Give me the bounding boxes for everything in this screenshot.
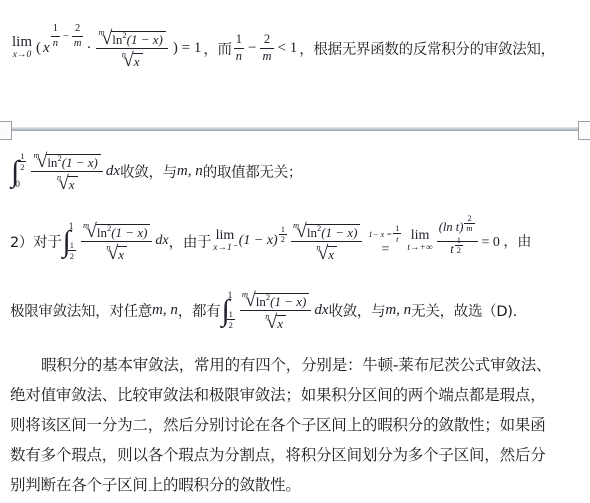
root-index-n: n <box>265 312 269 321</box>
condition-fraction-1n: 1 n <box>234 33 244 62</box>
ln-operator: ln <box>307 226 317 240</box>
radicand: ln2(1 − x) <box>111 31 166 47</box>
root-index-m: m <box>33 151 39 160</box>
limit-word: lim <box>12 35 32 50</box>
fraction-denominator: n √ x <box>55 173 80 192</box>
substitution-annotation: 1− x = 1 t <box>368 224 402 243</box>
dx-differential: dx <box>155 233 168 249</box>
fraction-bar <box>240 310 311 311</box>
root-index-n: n <box>57 173 61 182</box>
limit-subscript: x→0 <box>13 51 31 61</box>
ln-exponent: 2 <box>107 224 111 233</box>
root-index-m: m <box>83 221 89 230</box>
radicand-x: x <box>276 315 286 331</box>
exponent-1-over-2: 1 2 <box>455 236 463 255</box>
variables-m-n: m, n <box>152 302 178 319</box>
lower-bound-zero: 0 <box>15 180 20 190</box>
fraction-bar <box>96 48 167 49</box>
line4-prefix-text: 极限审敛法知，对任意 <box>10 300 152 321</box>
formula-line-1: lim x→0 ( x 1 n − 2 m · m √ <box>0 4 590 92</box>
ln-exponent: 2 <box>57 154 61 163</box>
minus-sign: − <box>63 31 69 42</box>
paragraph-line: 绝对值审敛法、比较审敛法和极限审敛法；如果积分区间的两个端点都是瑕点， <box>10 380 580 410</box>
page-break-left-box <box>0 121 12 140</box>
root-index-m: m <box>242 290 248 299</box>
ln-operator: ln <box>256 295 266 309</box>
line4-converges-text: 收敛，与 <box>329 300 386 321</box>
big-fraction-slot: m √ ln2(1 − x) n √ x <box>78 221 155 262</box>
formula-line-3: 2）对于 ∫ 1 1 2 m √ ln2(1 − x) <box>0 200 590 282</box>
fraction-numerator: m √ ln2(1 − x) <box>31 151 102 170</box>
radicand: ln2(1 − x) <box>306 224 361 240</box>
integral-half-to-1: ∫ 1 1 2 <box>63 222 77 260</box>
equals-with-substitution: 1− x = 1 t = <box>368 224 402 258</box>
big-fraction-root-ratio: m √ ln2(1 − x) n √ x <box>291 221 362 262</box>
nth-root: n √ x <box>57 173 78 192</box>
page-break-right-box <box>578 121 590 140</box>
upper-bound-one: 1 <box>69 222 74 232</box>
root-index-m: m <box>98 28 104 37</box>
formula-line-2: ∫ 1 2 0 m √ ln2(1 − x) <box>0 142 590 200</box>
formula-line-4: 极限审敛法知，对任意 m, n ，都有 ∫ 1 1 2 m √ <box>0 282 590 338</box>
upper-bound-half: 1 2 <box>17 152 27 171</box>
lnt-over-sqrt-t-fraction: (ln t) 2 m t 1 2 <box>437 221 478 262</box>
big-fraction-slot: m √ ln2(1 − x) n √ x <box>288 221 365 262</box>
open-paren: ( <box>36 40 41 57</box>
fraction-numerator: m √ ln2(1 − x) <box>240 290 311 309</box>
ln-argument: (1 − x) <box>321 226 357 240</box>
limit-operator: lim x→1⁻ <box>213 229 236 254</box>
fraction-bar <box>81 241 152 242</box>
radicand-x: x <box>117 246 127 262</box>
explanation-paragraph: 暇积分的基本审敛法，常用的有四个，分别是：牛顿-莱布尼茨公式审敛法、 绝对值审敛… <box>0 350 590 500</box>
fraction-numerator: m √ ln2(1 − x) <box>291 221 362 240</box>
line3-because-text: ，由于 <box>169 231 212 252</box>
ln-exponent: 2 <box>122 31 126 40</box>
ln-argument: (1 − x) <box>111 226 147 240</box>
fraction-bar <box>291 241 362 242</box>
exponent-2-over-m: 2 m <box>464 214 474 233</box>
one-minus-x-base: (1 − x) <box>239 233 278 249</box>
multiplication-dot: · <box>86 40 91 57</box>
integral-half-to-1: ∫ 1 1 2 <box>221 291 235 329</box>
ln-operator: ln <box>112 33 122 47</box>
radicand: ln2(1 − x) <box>46 154 101 170</box>
big-fraction-slot: m √ ln2(1 − x) n √ x <box>93 28 170 69</box>
paragraph-line: 暇积分的基本审敛法，常用的有四个，分别是：牛顿-莱布尼茨公式审敛法、 <box>10 350 580 380</box>
fraction-bar <box>31 171 102 172</box>
big-fraction-root-ratio: m √ ln2(1 − x) n √ x <box>96 28 167 69</box>
exponent-fraction-1n: 1 n <box>51 23 60 48</box>
exponent-fraction-2m: 2 m <box>72 23 84 48</box>
ln-exponent: 2 <box>266 293 270 302</box>
big-fraction-slot: m √ ln2(1 − x) n √ x <box>237 290 314 331</box>
line4-answer-text: 无关，故选（D). <box>411 300 517 321</box>
line4-duyou-text: ，都有 <box>178 300 221 321</box>
fraction-denominator: n √ x <box>263 312 288 331</box>
dx-differential: dx <box>106 163 120 180</box>
radicand-x: x <box>133 53 143 69</box>
big-fraction-root-ratio: m √ ln2(1 − x) n √ x <box>81 221 152 262</box>
exponent-half: 1 2 <box>279 225 287 244</box>
ln-argument: (1 − x) <box>270 295 306 309</box>
mth-root: m √ ln2(1 − x) <box>242 290 309 309</box>
nth-root: n √ x <box>106 243 127 262</box>
mth-root: m √ ln2(1 − x) <box>98 28 165 47</box>
mth-root: m √ ln2(1 − x) <box>33 151 100 170</box>
line2-rest-text: 的取值都无关； <box>203 161 302 182</box>
nth-root: n √ x <box>265 312 286 331</box>
radicand: ln2(1 − x) <box>96 224 151 240</box>
minus-sign: − <box>248 40 256 57</box>
root-index-n: n <box>106 243 110 252</box>
nth-root: n √ x <box>122 50 143 69</box>
text-er: ，而 <box>203 38 231 59</box>
fraction-numerator: m √ ln2(1 − x) <box>81 221 152 240</box>
radicand-x: x <box>327 246 337 262</box>
lower-bound-half: 1 2 <box>226 310 236 329</box>
page-break-indicator <box>0 120 590 140</box>
condition-fraction-2m: 2 m <box>260 33 273 62</box>
variables-m-n: m, n <box>177 163 203 180</box>
variables-m-n: m, n <box>385 302 411 319</box>
nth-root: n √ x <box>316 243 337 262</box>
close-paren-equals-one: ) = 1 <box>173 40 201 57</box>
fraction-numerator: m √ ln2(1 − x) <box>96 28 167 47</box>
root-index-m: m <box>293 221 299 230</box>
ln-operator: ln <box>47 156 57 170</box>
exponent-group: 1 n − 2 m <box>50 23 85 48</box>
document-page: lim x→0 ( x 1 n − 2 m · m √ <box>0 0 590 503</box>
fraction-denominator: n √ x <box>104 243 129 262</box>
mth-root: m √ ln2(1 − x) <box>83 221 150 240</box>
fraction-denominator: n √ x <box>314 243 339 262</box>
paragraph-line: 数有多个瑕点，则以各个瑕点为分割点，将积分区间划分为多个子区间，然后分 <box>10 440 580 470</box>
integral-0-to-half: ∫ 1 2 0 <box>11 152 27 190</box>
upper-bound-one: 1 <box>228 291 233 301</box>
line2-converges-text: 收敛，与 <box>120 161 177 182</box>
radicand-x: x <box>68 176 78 192</box>
mth-root: m √ ln2(1 − x) <box>293 221 360 240</box>
root-index-n: n <box>122 50 126 59</box>
lower-bound-half: 1 2 <box>67 241 77 260</box>
page-break-line <box>0 127 590 131</box>
paragraph-line: 则将该区间一分为二，然后分别讨论在各个子区间上的暇积分的敛散性；如果函 <box>10 410 580 440</box>
ln-operator: ln <box>97 226 107 240</box>
big-fraction-slot: m √ ln2(1 − x) n √ x <box>28 151 105 192</box>
ln-exponent: 2 <box>317 224 321 233</box>
paragraph-line: 别判断在各个子区间上的暇积分的敛散性。 <box>10 470 580 500</box>
variable-x: x <box>43 40 50 57</box>
radicand: ln2(1 − x) <box>255 293 310 309</box>
root-index-n: n <box>316 243 320 252</box>
less-than-one: < 1 <box>278 40 298 57</box>
fraction-denominator: n √ x <box>120 50 145 69</box>
ln-argument: (1 − x) <box>127 33 163 47</box>
ln-argument: (1 − x) <box>62 156 98 170</box>
line1-chinese-text: ，根据无界函数的反常积分的审敛法知， <box>299 38 555 59</box>
equals-zero: = 0 ，由 <box>482 231 532 251</box>
dx-differential: dx <box>314 302 328 319</box>
big-fraction-root-ratio: m √ ln2(1 − x) n √ x <box>31 151 102 192</box>
limit-operator: lim x→0 <box>12 35 32 61</box>
big-fraction-root-ratio: m √ ln2(1 − x) n √ x <box>240 290 311 331</box>
limit-operator: lim t→+∞ <box>407 229 432 254</box>
line3-prefix-text: 2）对于 <box>10 231 62 252</box>
